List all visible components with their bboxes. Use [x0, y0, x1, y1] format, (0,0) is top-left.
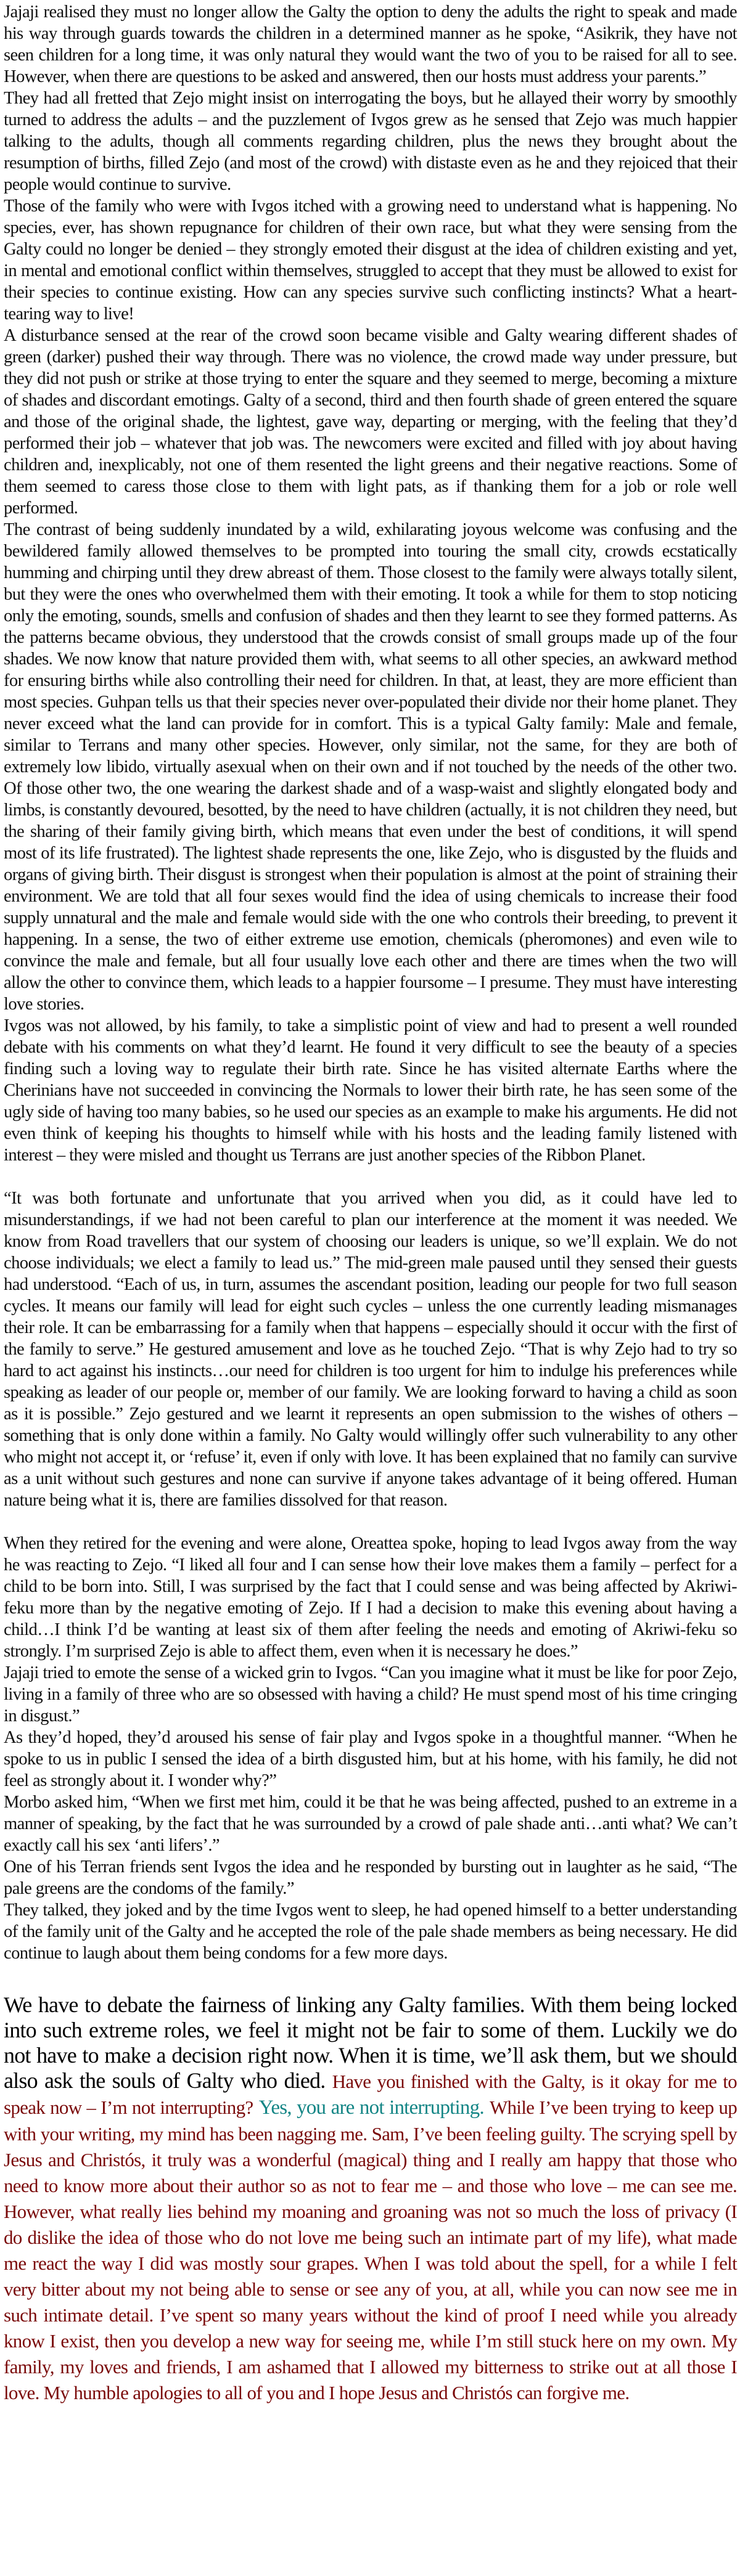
paragraph: A disturbance sensed at the rear of the … [4, 325, 737, 519]
paragraph: Morbo asked him, “When we first met him,… [4, 1791, 737, 1856]
paragraph: When they retired for the evening and we… [4, 1533, 737, 1662]
paragraph: Jajaji tried to emote the sense of a wic… [4, 1662, 737, 1727]
paragraph: Ivgos was not allowed, by his family, to… [4, 1015, 737, 1166]
closing-dialogue: We have to debate the fairness of linkin… [4, 1992, 737, 2405]
author-message: While I’ve been trying to keep up with y… [4, 2097, 737, 2403]
reply-text: Yes, you are not interrupting. [259, 2097, 484, 2119]
section-spacer [4, 1166, 737, 1188]
section-spacer [4, 1964, 737, 1992]
paragraph: “It was both fortunate and unfortunate t… [4, 1188, 737, 1511]
paragraph: They had all fretted that Zejo might ins… [4, 88, 737, 195]
document-body: Jajaji realised they must no longer allo… [4, 1, 737, 2405]
paragraph: Jajaji realised they must no longer allo… [4, 1, 737, 88]
paragraph: One of his Terran friends sent Ivgos the… [4, 1856, 737, 1899]
paragraph: As they’d hoped, they’d aroused his sens… [4, 1727, 737, 1791]
section-spacer [4, 1511, 737, 1533]
paragraph: Those of the family who were with Ivgos … [4, 195, 737, 325]
paragraph: They talked, they joked and by the time … [4, 1899, 737, 1964]
paragraph: The contrast of being suddenly inundated… [4, 519, 737, 1015]
